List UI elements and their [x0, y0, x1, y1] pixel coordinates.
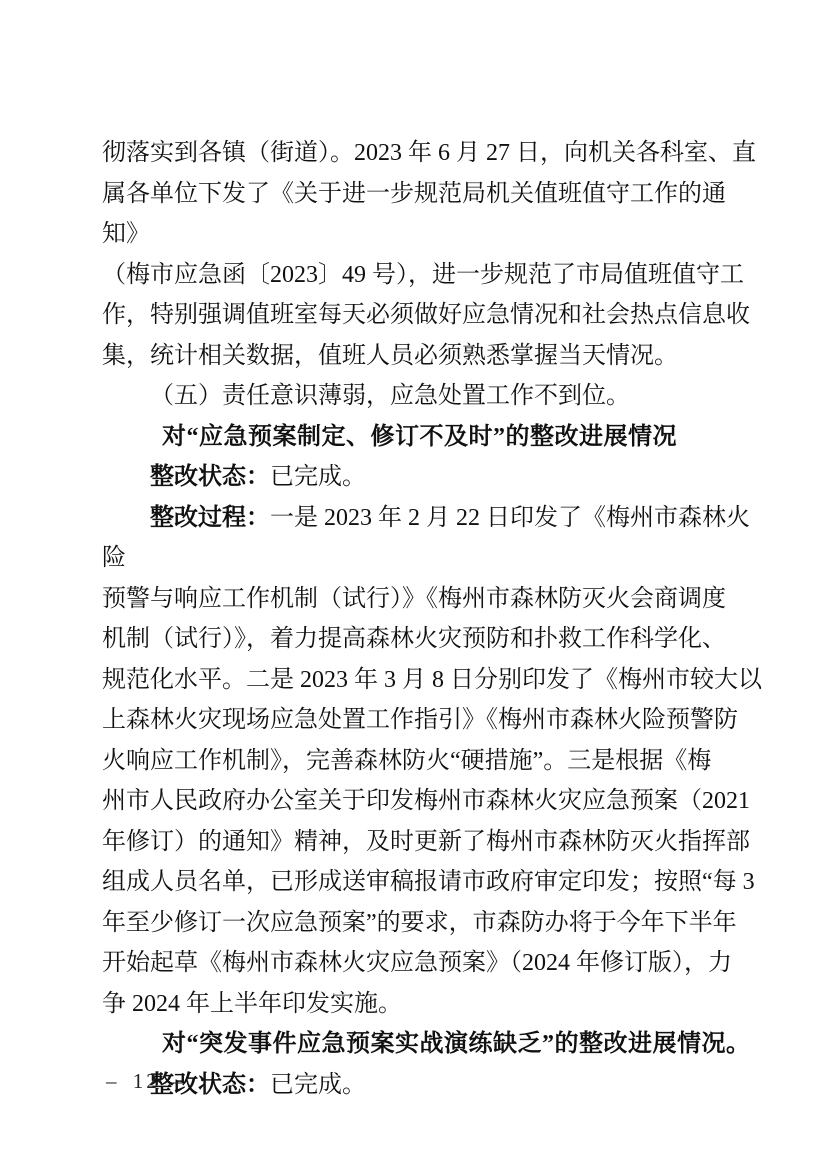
section-item-5-text: （五）责任意识薄弱，应急处置工作不到位。: [150, 383, 630, 409]
document-body: 彻落实到各镇（街道）。2023 年 6 月 27 日，向机关各科室、直 属各单位…: [102, 133, 764, 1105]
process-label-1: 整改过程：: [150, 505, 270, 531]
rectification-heading-1: 对“应急预案制定、修订不及时”的整改进展情况: [102, 417, 764, 458]
paragraph-continuation: 彻落实到各镇（街道）。2023 年 6 月 27 日，向机关各科室、直 属各单位…: [102, 133, 764, 376]
page-number: – 12 –: [106, 1068, 187, 1094]
document-page: 彻落实到各镇（街道）。2023 年 6 月 27 日，向机关各科室、直 属各单位…: [0, 0, 827, 1170]
rectification-heading-2-text: 对“突发事件应急预案实战演练缺乏”的整改进展情况。: [162, 1031, 751, 1057]
rectification-heading-2: 对“突发事件应急预案实战演练缺乏”的整改进展情况。: [102, 1024, 764, 1065]
process-text-1: 一是 2023 年 2 月 22 日印发了《梅州市森林火险 预警与响应工作机制（…: [102, 505, 762, 1017]
status-value-1: 已完成。: [270, 464, 366, 490]
section-item-5: （五）责任意识薄弱，应急处置工作不到位。: [102, 376, 764, 417]
status-line-1: 整改状态：已完成。: [102, 457, 764, 498]
process-paragraph-1: 整改过程：一是 2023 年 2 月 22 日印发了《梅州市森林火险 预警与响应…: [102, 498, 764, 1025]
paragraph-continuation-text: 彻落实到各镇（街道）。2023 年 6 月 27 日，向机关各科室、直 属各单位…: [102, 140, 756, 369]
status-label-1: 整改状态：: [150, 464, 270, 490]
status-value-2: 已完成。: [270, 1072, 366, 1098]
rectification-heading-1-text: 对“应急预案制定、修订不及时”的整改进展情况: [162, 424, 677, 450]
status-line-2: 整改状态：已完成。: [102, 1065, 764, 1106]
